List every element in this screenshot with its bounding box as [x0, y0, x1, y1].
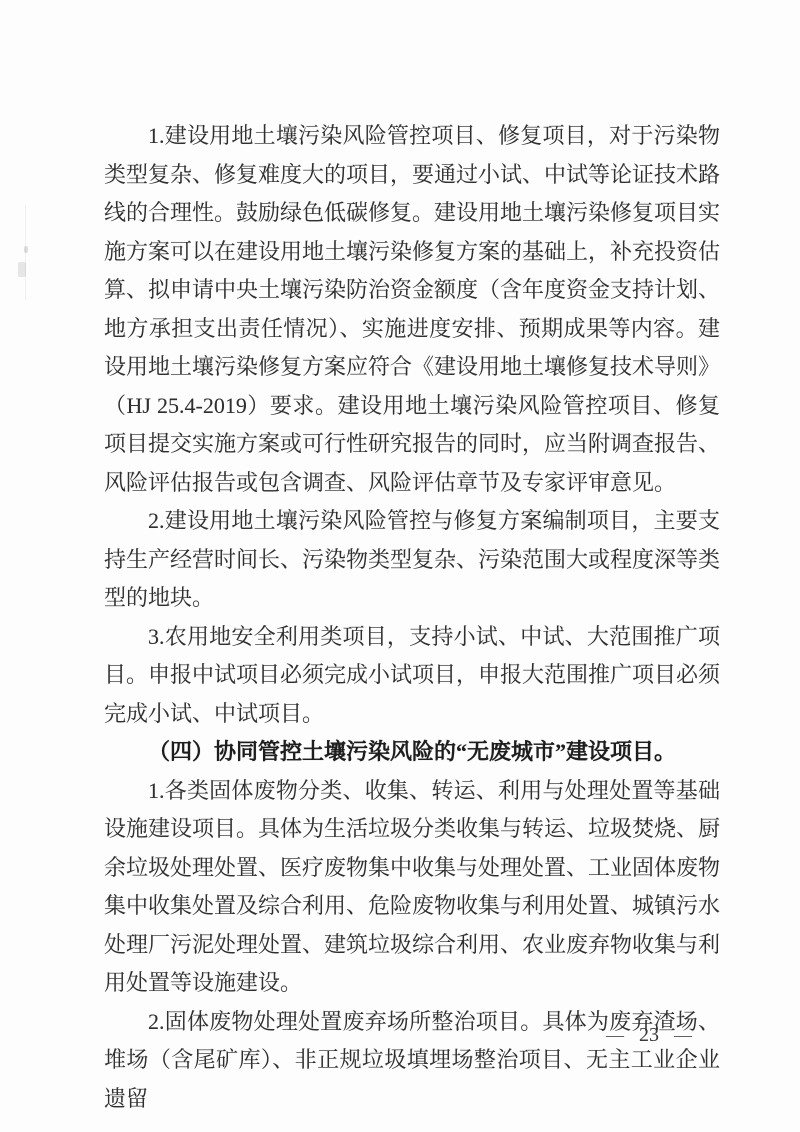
page-footer: — 23 —	[606, 1024, 692, 1047]
footer-dash-right: —	[674, 1025, 692, 1046]
footer-dash-left: —	[606, 1025, 624, 1046]
paragraph-agricultural-land-safe-use: 3.农用地安全利用类项目，支持小试、中试、大范围推广项目。申报中试项目必须完成小…	[104, 618, 720, 734]
paragraph-solid-waste-infrastructure: 1.各类固体废物分类、收集、转运、利用与处理处置等基础设施建设项目。具体为生活垃…	[104, 772, 720, 1003]
document-body: 1.建设用地土壤污染风险管控项目、修复项目，对于污染物类型复杂、修复难度大的项目…	[104, 117, 720, 1118]
paragraph-plan-compilation-projects: 2.建设用地土壤污染风险管控与修复方案编制项目，主要支持生产经营时间长、污染物类…	[104, 502, 720, 618]
page-number: 23	[639, 1024, 659, 1047]
scan-artifact-smudge	[18, 262, 26, 277]
paragraph-waste-site-remediation: 2.固体废物处理处置废弃场所整治项目。具体为废弃渣场、堆场（含尾矿库）、非正规垃…	[104, 1003, 720, 1119]
scan-artifact-dot	[24, 246, 28, 253]
document-page: 1.建设用地土壤污染风险管控项目、修复项目，对于污染物类型复杂、修复难度大的项目…	[0, 0, 800, 1132]
paragraph-construction-land-risk-control: 1.建设用地土壤污染风险管控项目、修复项目，对于污染物类型复杂、修复难度大的项目…	[104, 117, 720, 502]
section-heading-waste-free-city: （四）协同管控土壤污染风险的“无废城市”建设项目。	[104, 733, 720, 772]
